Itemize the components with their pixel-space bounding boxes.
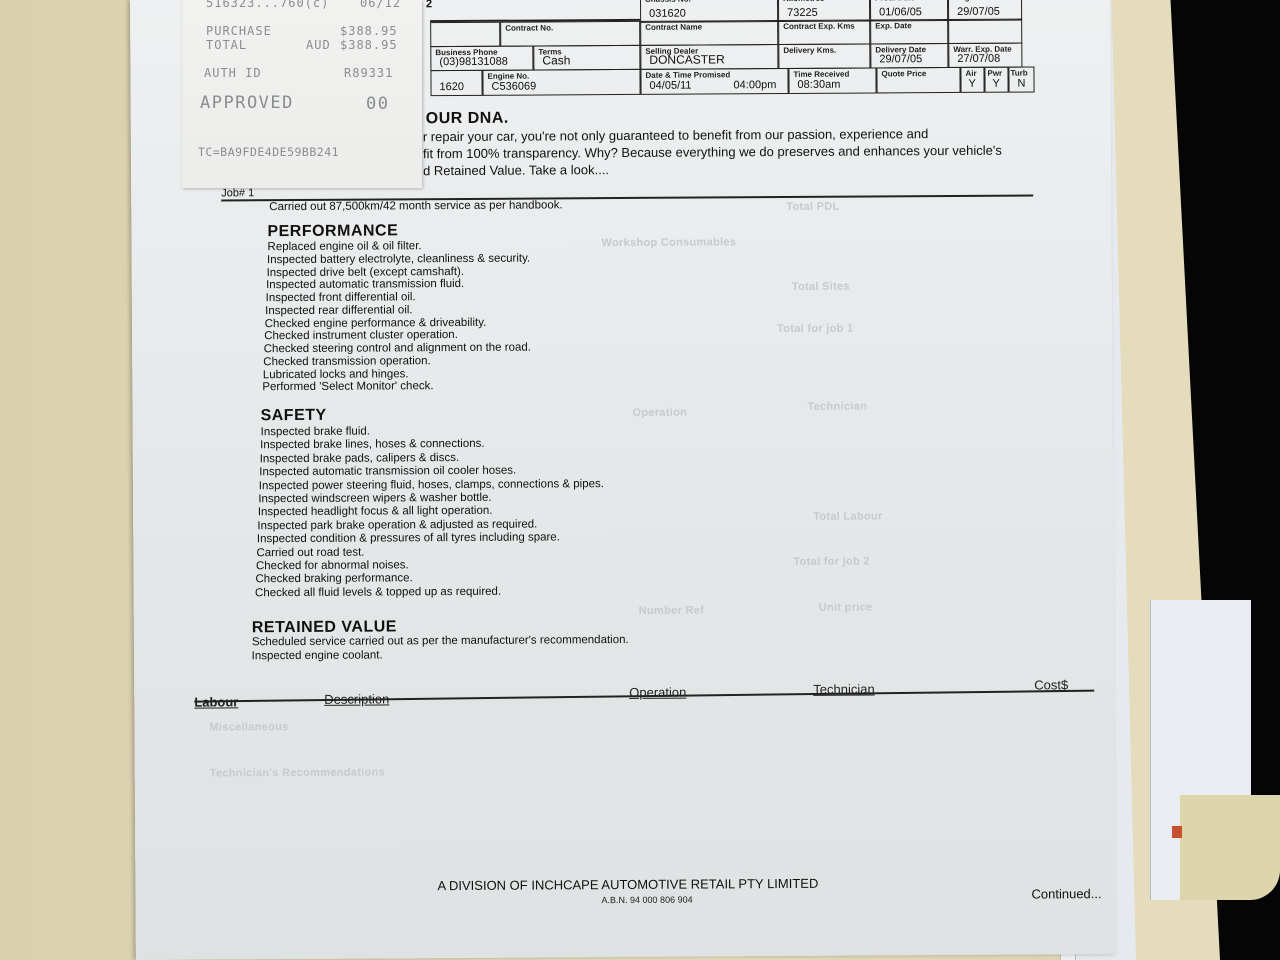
auth-label: AUTH ID [204,66,262,80]
job-label: Job# 1 [221,187,254,199]
checklist-item: Inspected automatic transmission oil coo… [259,465,516,479]
show-through-text: Operation [632,407,687,419]
checklist-item: Inspected brake pads, calipers & discs. [260,452,460,465]
quote-price-cell: Quote Price [876,67,960,94]
contract-name-cell: Contract Name [640,20,778,46]
checklist-item: Inspected park brake operation & adjuste… [257,518,537,532]
checklist-item: Inspected automatic transmission fluid. [266,278,464,291]
checklist-item: Inspected condition & pressures of all t… [257,532,560,546]
total-label: TOTAL [206,38,247,52]
continued-label: Continued... [1031,886,1101,901]
total-currency: AUD [306,38,331,52]
row0-partial: 2 [426,0,432,10]
checklist-item: Checked braking performance. [255,573,412,586]
time-received-cell: Time Received 08:30am [788,67,876,94]
contract-exp-kms-cell: Contract Exp. Kms [778,19,870,45]
show-through-text: Total for job 1 [777,323,853,335]
checklist-item: Inspected engine coolant. [252,649,383,662]
approved-status: APPROVED [200,93,294,113]
checklist-item: Scheduled service carried out as per the… [252,634,629,648]
show-through-text: Workshop Consumables [601,236,736,249]
checklist-item: Carried out road test. [256,546,364,559]
checklist-item: Checked instrument cluster operation. [264,329,458,342]
eftpos-receipt: 516323...760(c) 06/12 PURCHASE $388.95 T… [182,0,422,188]
checklist-item: Checked transmission operation. [263,355,431,368]
col-operation: Operation [629,685,686,700]
show-through-text: Total for job 2 [793,555,869,567]
checklist-item: Inspected windscreen wipers & washer bot… [258,492,491,505]
checklist-item: Inspected power steering fluid, hoses, c… [259,478,604,492]
air-cell: Air Y [960,67,984,93]
reg-cell: 1620 [430,70,482,96]
checklist-item: Replaced engine oil & oil filter. [267,240,421,253]
show-through-text: Total Labour [813,510,882,522]
folder-corner [1180,795,1280,900]
section-heading: SAFETY [260,407,326,425]
selling-dealer-cell: Selling Dealer DONCASTER [640,44,778,70]
checklist-item: Inspected battery electrolyte, cleanline… [267,252,530,266]
purchase-label: PURCHASE [206,24,272,38]
checklist-item: Inspected front differential oil. [266,291,416,304]
terms-cell: Terms Cash [533,45,640,71]
show-through-text: Technician's Recommendations [210,766,385,779]
business-phone-cell: Business Phone (03)98131088 [430,46,533,72]
checklist-item: Inspected rear differential oil. [265,304,413,317]
show-through-text: Technician [807,401,867,413]
checklist-item: Checked for abnormal noises. [256,559,409,572]
total-amount: $388.95 [340,38,398,52]
checklist-item: Lubricated locks and hinges. [263,368,409,381]
auth-value: R89331 [344,66,393,80]
checklist-item: Inspected headlight focus & all light op… [258,505,493,518]
checklist-item: Checked engine performance & driveabilit… [265,316,487,329]
pwr-cell: Pwr Y [984,67,1008,93]
blank-cell [430,22,500,47]
status-code: 00 [366,94,389,114]
footer-abn: A.B.N. 94 000 806 904 [601,895,692,906]
show-through-text: Unit price [819,601,873,613]
card-expiry: 06/12 [360,0,401,10]
delivery-kms-cell: Delivery Kms. [778,43,870,69]
checklist-item: Inspected brake lines, hoses & connectio… [260,438,484,451]
section-heading: RETAINED VALUE [252,618,397,637]
intro-line: d Retained Value. Take a look.... [423,161,609,179]
footer-company: A DIVISION OF INCHCAPE AUTOMOTIVE RETAIL… [437,876,818,893]
red-tab [1172,826,1182,838]
date-time-promised-cell: Date & Time Promised 04/05/11 04:00pm [640,68,788,95]
card-number: 516323...760(c) [206,0,329,10]
checklist-item: Checked all fluid levels & topped up as … [255,586,501,600]
warr-exp-date-cell: Warr. Exp. Date 27/07/08 [948,43,1022,68]
show-through-text: Miscellaneous [209,721,288,733]
show-through-text: Total PDL [786,201,839,213]
show-through-text: Number Ref [639,605,704,617]
show-through-text: Total Sites [792,281,850,293]
checklist-item: Inspected brake fluid. [261,426,370,439]
checklist-item: Checked steering control and alignment o… [264,342,531,356]
intro-line: fit from 100% transparency. Why? Because… [423,142,1002,163]
job-summary: Carried out 87,500km/42 month service as… [269,199,562,213]
contract-no-cell: Contract No. [500,21,640,47]
col-technician: Technician [813,681,875,696]
blank-cell [948,19,1022,44]
intro-title: OUR DNA. [426,110,509,129]
engine-no-cell: Engine No. C536069 [482,69,640,96]
purchase-amount: $388.95 [340,24,398,38]
checklist-item: Performed 'Select Monitor' check. [262,380,433,393]
turb-cell: Turb N [1008,66,1034,92]
checklist-item: Inspected drive belt (except camshaft). [267,265,465,278]
delivery-date-cell: Delivery Date 29/07/05 [870,43,948,68]
exp-date-cell: Exp. Date [870,19,948,44]
tc-code: TC=BA9FDE4DE59BB241 [198,145,339,159]
section-heading: PERFORMANCE [267,222,398,241]
